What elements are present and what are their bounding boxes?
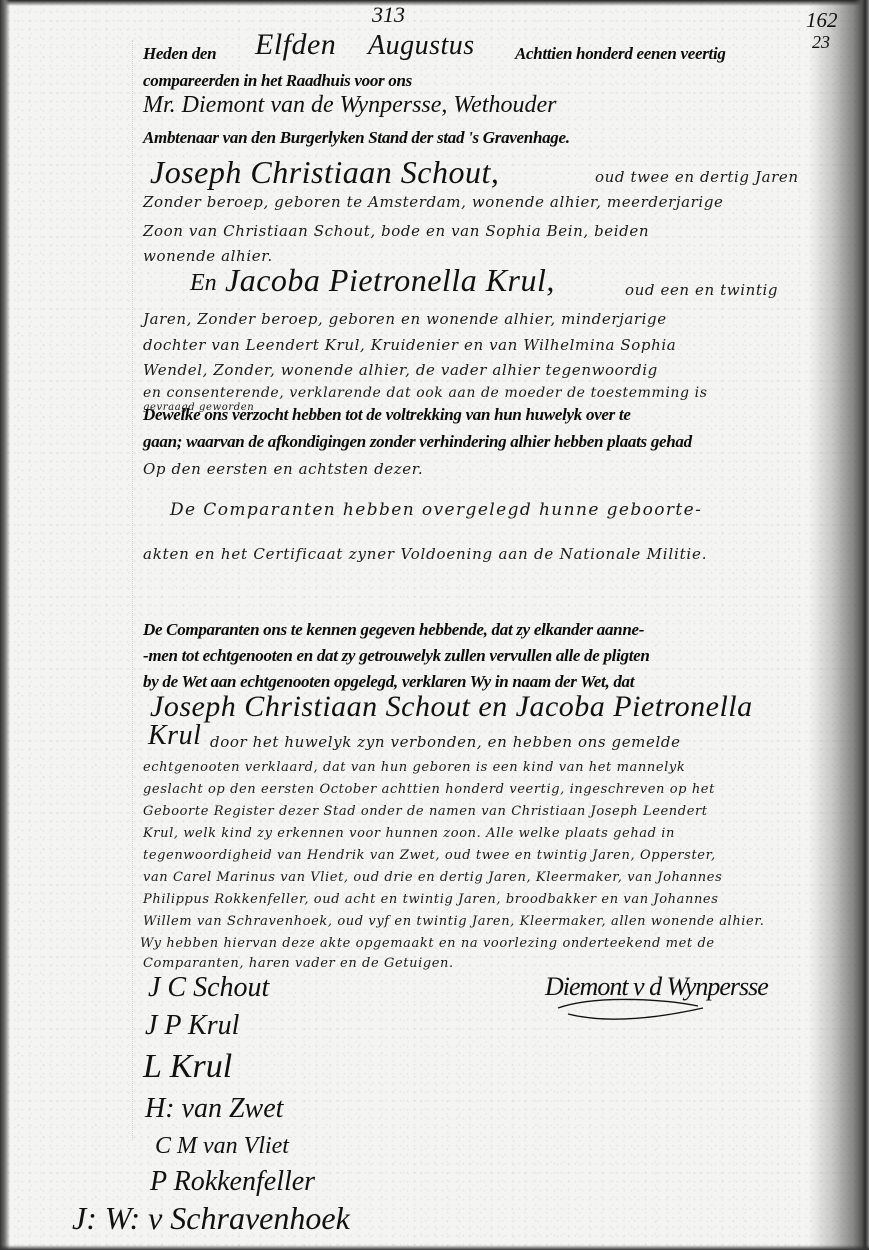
bride-age: oud een en twintig [625, 281, 778, 299]
declaration-line-6: echtgenooten verklaard, dat van hun gebo… [143, 760, 685, 775]
groom-line-2: Zonder beroep, geboren te Amsterdam, won… [143, 193, 724, 211]
declaration-couple-names: Joseph Christiaan Schout en Jacoba Pietr… [150, 690, 753, 724]
scan-bottom-edge [0, 1245, 869, 1250]
groom-name: Joseph Christiaan Schout, [150, 154, 499, 191]
request-line-2: gaan; waarvan de afkondigingen zonder ve… [143, 432, 692, 452]
declaration-line-7: geslacht op den eersten October achttien… [143, 782, 715, 797]
signature-witness-4: J: W: v Schravenhoek [72, 1200, 350, 1237]
declaration-line-8: Geboorte Register dezer Stad onder de na… [143, 804, 708, 819]
signature-bride: J P Krul [145, 1010, 239, 1042]
header-year: Achttien honderd eenen veertig [515, 44, 726, 64]
bride-name: Jacoba Pietronella Krul, [225, 262, 555, 299]
book-binding-gutter [809, 0, 869, 1250]
declaration-line-12: Philippus Rokkenfeller, oud acht en twin… [143, 892, 719, 907]
folio-number: 313 [372, 2, 405, 28]
documents-line-1: De Comparanten hebben overgelegd hunne g… [170, 500, 702, 520]
bride-line-3: dochter van Leendert Krul, Kruidenier en… [143, 336, 676, 354]
declaration-line-14: Wy hebben hiervan deze akte opgemaakt en… [140, 936, 715, 951]
header-month: Augustus [368, 30, 475, 62]
declaration-line-9: Krul, welk kind zy erkennen voor hunnen … [143, 826, 675, 841]
groom-age: oud twee en dertig Jaren [595, 168, 799, 186]
header-ambtenaar: Ambtenaar van den Burgerlyken Stand der … [143, 128, 570, 148]
bride-line-2: Jaren, Zonder beroep, geboren en wonende… [143, 310, 667, 328]
signature-father: L Krul [143, 1048, 232, 1086]
request-line-1: Dewelke ons verzocht hebben tot de voltr… [143, 405, 631, 425]
declaration-line-3: by de Wet aan echtgenooten opgelegd, ver… [143, 672, 634, 692]
header-compareerden: compareerden in het Raadhuis voor ons [143, 71, 412, 91]
request-banns-dates: Op den eersten en achtsten dezer. [143, 460, 423, 478]
header-official-name: Mr. Diemont van de Wynpersse, Wethouder [143, 92, 557, 119]
act-number: 23 [812, 32, 830, 53]
declaration-line-11: van Carel Marinus van Vliet, oud drie en… [143, 870, 722, 885]
header-heden-den: Heden den [143, 44, 216, 64]
signature-groom: J C Schout [148, 972, 269, 1004]
bride-prefix: En [190, 270, 217, 297]
documents-line-2: akten en het Certificaat zyner Voldoenin… [143, 545, 707, 563]
header-day: Elfden [255, 28, 336, 62]
page-number: 162 [806, 8, 838, 33]
groom-line-3: Zoon van Christiaan Schout, bode en van … [143, 222, 649, 240]
signature-flourish-icon [548, 996, 728, 1026]
signature-witness-2: C M van Vliet [155, 1133, 289, 1160]
declaration-line-2: -men tot echtgenooten en dat zy getrouwe… [143, 646, 650, 666]
bride-line-4: Wendel, Zonder, wonende alhier, de vader… [143, 361, 658, 379]
signature-witness-3: P Rokkenfeller [150, 1166, 315, 1198]
declaration-line-15: Comparanten, haren vader en de Getuigen. [143, 956, 454, 971]
scanned-document-page: 313 162 23 Heden den Elfden Augustus Ach… [0, 0, 869, 1250]
declaration-line-10: tegenwoordigheid van Hendrik van Zwet, o… [143, 848, 716, 863]
bride-line-5: en consenterende, verklarende dat ook aa… [143, 385, 708, 401]
scan-left-edge [0, 0, 10, 1250]
declaration-line-1: De Comparanten ons te kennen gegeven heb… [143, 620, 644, 640]
signature-witness-1: H: van Zwet [145, 1093, 283, 1125]
declaration-bride-surname: Krul [148, 720, 201, 752]
scan-top-edge [0, 0, 869, 6]
declaration-line-5: door het huwelyk zyn verbonden, en hebbe… [210, 733, 681, 751]
margin-rule [132, 40, 133, 1140]
declaration-line-13: Willem van Schravenhoek, oud vyf en twin… [143, 914, 764, 929]
